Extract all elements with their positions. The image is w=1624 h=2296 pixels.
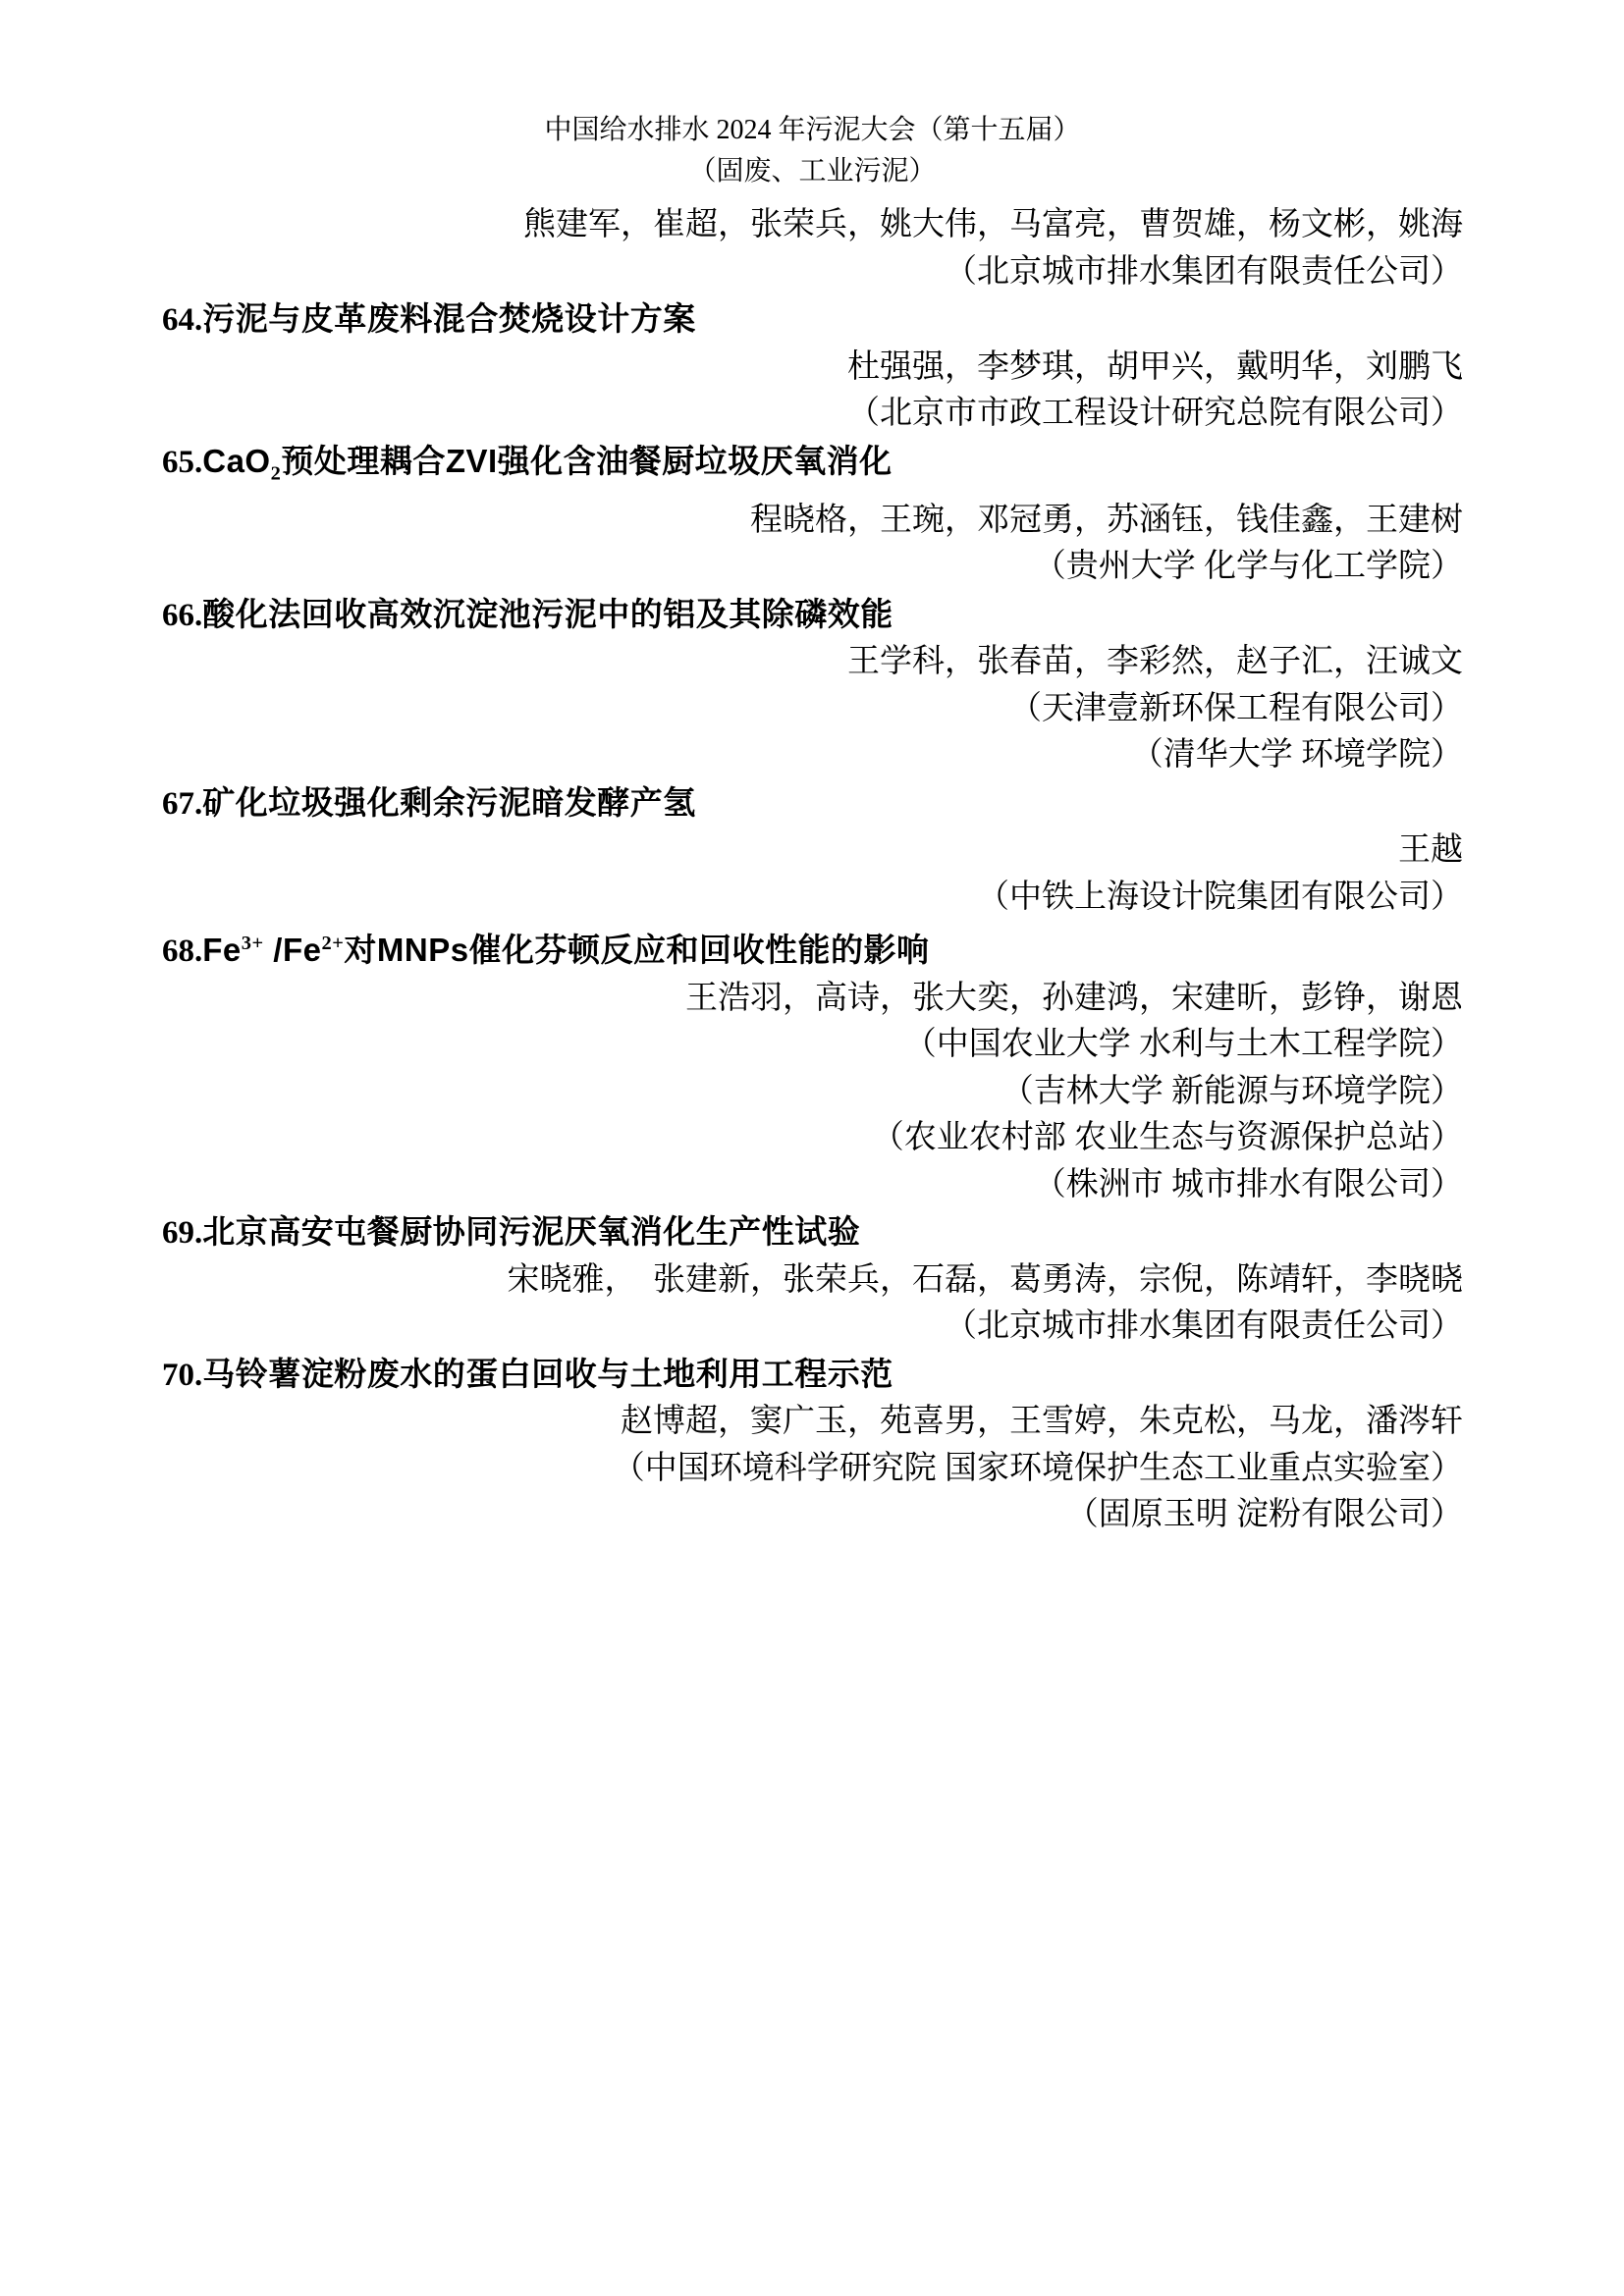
entry: 67.矿化垃圾强化剩余污泥暗发酵产氢王越（中铁上海设计院集团有限公司）	[162, 779, 1463, 922]
authors-line: 王越	[162, 828, 1463, 875]
entry-title: Fe3+ /Fe2+对MNPs催化芬顿反应和回收性能的影响	[202, 932, 929, 968]
entry-number: 65.	[162, 445, 202, 480]
entry-number: 64.	[162, 302, 202, 338]
entry: 66.酸化法回收高效沉淀池污泥中的铝及其除磷效能王学科，张春苗，李彩然，赵子汇，…	[162, 591, 1463, 779]
affiliation-line: （北京城市排水集团有限责任公司）	[162, 249, 1463, 296]
document-page: 中国给水排水 2024 年污泥大会（第十五届） （固废、工业污泥） 熊建军，崔超…	[0, 0, 1624, 2296]
entry-title: 矿化垃圾强化剩余污泥暗发酵产氢	[202, 784, 696, 821]
entry-number: 67.	[162, 786, 202, 822]
entry-title-line: 70.马铃薯淀粉废水的蛋白回收与土地利用工程示范	[162, 1351, 1463, 1400]
entry-title-line: 66.酸化法回收高效沉淀池污泥中的铝及其除磷效能	[162, 591, 1463, 640]
entry-title-line: 67.矿化垃圾强化剩余污泥暗发酵产氢	[162, 779, 1463, 828]
entry-number: 66.	[162, 598, 202, 633]
entry-title-line: 64.污泥与皮革废料混合焚烧设计方案	[162, 295, 1463, 345]
authors-line: 熊建军，崔超，张荣兵，姚大伟，马富亮，曹贺雄，杨文彬，姚海	[162, 202, 1463, 249]
conference-subtitle: （固废、工业污泥）	[162, 151, 1463, 192]
affiliation-line: （株洲市 城市排水有限公司）	[162, 1162, 1463, 1209]
entries-list: 熊建军，崔超，张荣兵，姚大伟，马富亮，曹贺雄，杨文彬，姚海（北京城市排水集团有限…	[162, 202, 1463, 1539]
affiliation-line: （中国环境科学研究院 国家环境保护生态工业重点实验室）	[162, 1446, 1463, 1493]
entry-number: 68.	[162, 934, 202, 969]
entry-title-line: 65.CaO2预处理耦合ZVI强化含油餐厨垃圾厌氧消化	[162, 438, 1463, 498]
affiliation-line: （固原玉明 淀粉有限公司）	[162, 1492, 1463, 1539]
entry: 65.CaO2预处理耦合ZVI强化含油餐厨垃圾厌氧消化程晓格，王琬，邓冠勇，苏涵…	[162, 438, 1463, 591]
authors-line: 宋晓雅， 张建新，张荣兵，石磊，葛勇涛，宗倪，陈靖轩，李晓晓	[162, 1257, 1463, 1305]
entry: 68.Fe3+ /Fe2+对MNPs催化芬顿反应和回收性能的影响王浩羽，高诗，张…	[162, 921, 1463, 1208]
affiliation-line: （清华大学 环境学院）	[162, 732, 1463, 779]
entry-title-line: 68.Fe3+ /Fe2+对MNPs催化芬顿反应和回收性能的影响	[162, 921, 1463, 976]
entry: 69.北京高安屯餐厨协同污泥厌氧消化生产性试验宋晓雅， 张建新，张荣兵，石磊，葛…	[162, 1208, 1463, 1351]
entry: 64.污泥与皮革废料混合焚烧设计方案杜强强，李梦琪，胡甲兴，戴明华，刘鹏飞（北京…	[162, 295, 1463, 438]
entry-title: 污泥与皮革废料混合焚烧设计方案	[202, 300, 696, 337]
page-header: 中国给水排水 2024 年污泥大会（第十五届） （固废、工业污泥）	[162, 110, 1463, 192]
entry-title: 北京高安屯餐厨协同污泥厌氧消化生产性试验	[202, 1213, 860, 1250]
affiliation-line: （北京市市政工程设计研究总院有限公司）	[162, 391, 1463, 438]
authors-line: 赵博超，窦广玉，苑喜男，王雪婷，朱克松，马龙，潘涔轩	[162, 1399, 1463, 1446]
affiliation-line: （中铁上海设计院集团有限公司）	[162, 875, 1463, 922]
entry-title: 马铃薯淀粉废水的蛋白回收与土地利用工程示范	[202, 1356, 893, 1392]
authors-line: 程晓格，王琬，邓冠勇，苏涵钰，钱佳鑫，王建树	[162, 498, 1463, 545]
authors-line: 王浩羽，高诗，张大奕，孙建鸿，宋建昕，彭铮，谢恩	[162, 976, 1463, 1023]
entry-title-line: 69.北京高安屯餐厨协同污泥厌氧消化生产性试验	[162, 1208, 1463, 1257]
affiliation-line: （天津壹新环保工程有限公司）	[162, 686, 1463, 733]
entry-title: 酸化法回收高效沉淀池污泥中的铝及其除磷效能	[202, 596, 893, 632]
affiliation-line: （贵州大学 化学与化工学院）	[162, 544, 1463, 591]
entry-number: 70.	[162, 1358, 202, 1393]
affiliation-line: （吉林大学 新能源与环境学院）	[162, 1069, 1463, 1116]
entry-number: 69.	[162, 1215, 202, 1251]
entry: 熊建军，崔超，张荣兵，姚大伟，马富亮，曹贺雄，杨文彬，姚海（北京城市排水集团有限…	[162, 202, 1463, 295]
authors-line: 杜强强，李梦琪，胡甲兴，戴明华，刘鹏飞	[162, 345, 1463, 392]
affiliation-line: （农业农村部 农业生态与资源保护总站）	[162, 1115, 1463, 1162]
conference-title: 中国给水排水 2024 年污泥大会（第十五届）	[162, 110, 1463, 151]
entry: 70.马铃薯淀粉废水的蛋白回收与土地利用工程示范赵博超，窦广玉，苑喜男，王雪婷，…	[162, 1351, 1463, 1539]
entry-title: CaO2预处理耦合ZVI强化含油餐厨垃圾厌氧消化	[202, 443, 892, 479]
affiliation-line: （中国农业大学 水利与土木工程学院）	[162, 1022, 1463, 1069]
affiliation-line: （北京城市排水集团有限责任公司）	[162, 1304, 1463, 1351]
authors-line: 王学科，张春苗，李彩然，赵子汇，汪诚文	[162, 639, 1463, 686]
